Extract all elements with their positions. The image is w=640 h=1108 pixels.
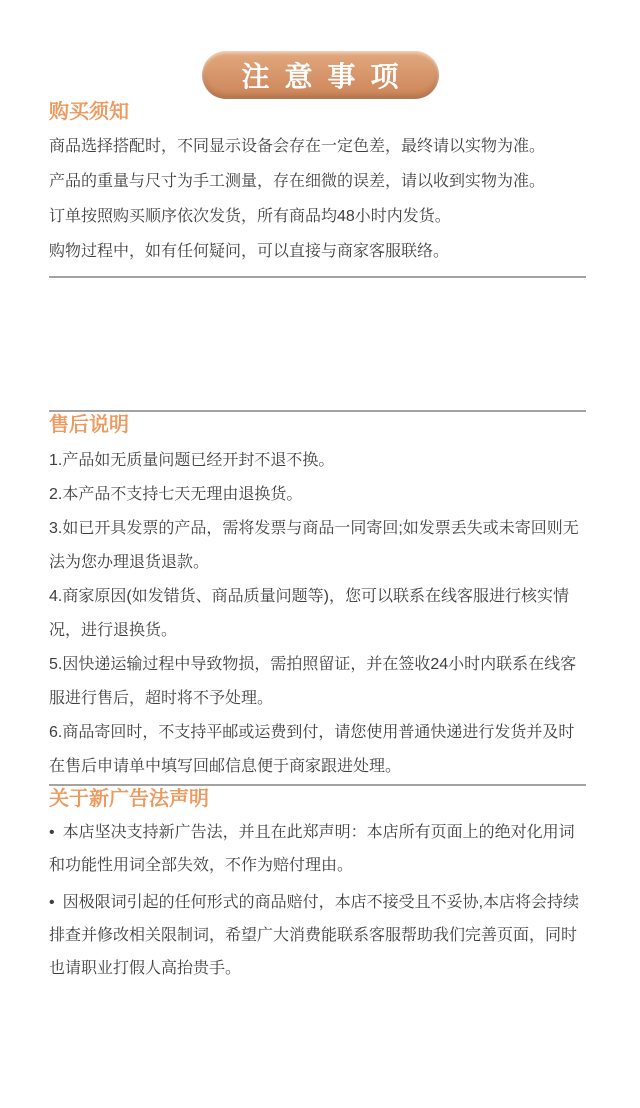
section-ad-law-statement: 关于新广告法声明 •本店坚决支持新广告法，并且在此郑声明：本店所有页面上的绝对化…: [49, 786, 586, 985]
after-sales-heading: 售后说明: [49, 412, 586, 438]
after-sales-item: 1.产品如无质量问题已经开封不退不换。: [49, 444, 586, 478]
section-after-sales: 售后说明 1.产品如无质量问题已经开封不退不换。 2.本产品不支持七天无理由退换…: [49, 412, 586, 784]
after-sales-item: 4.商家原因(如发错货、商品质量问题等)，您可以联系在线客服进行核实情况，进行退…: [49, 580, 586, 648]
ad-law-heading: 关于新广告法声明: [49, 786, 586, 812]
ad-law-item: •因极限词引起的任何形式的商品赔付，本店不接受且不妥协,本店将会持续排查并修改相…: [49, 886, 586, 985]
purchase-note-line: 产品的重量与尺寸为手工测量，存在细微的误差，请以收到实物为准。: [49, 164, 586, 199]
purchase-notes-heading: 购买须知: [49, 99, 586, 125]
blank-spacer: [49, 278, 586, 410]
purchase-note-line: 商品选择搭配时，不同显示设备会存在一定色差，最终请以实物为准。: [49, 129, 586, 164]
ad-law-item-text: 因极限词引起的任何形式的商品赔付，本店不接受且不妥协,本店将会持续排查并修改相关…: [49, 894, 579, 977]
ad-law-item: •本店坚决支持新广告法，并且在此郑声明：本店所有页面上的绝对化用词和功能性用词全…: [49, 816, 586, 882]
after-sales-item: 5.因快递运输过程中导致物损，需拍照留证，并在签收24小时内联系在线客服进行售后…: [49, 648, 586, 716]
notice-page: 注意事项 购买须知 商品选择搭配时，不同显示设备会存在一定色差，最终请以实物为准…: [0, 0, 640, 1108]
after-sales-item: 6.商品寄回时，不支持平邮或运费到付，请您使用普通快递进行发货并及时在售后申请单…: [49, 716, 586, 784]
ad-law-item-text: 本店坚决支持新广告法，并且在此郑声明：本店所有页面上的绝对化用词和功能性用词全部…: [49, 824, 575, 874]
section-purchase-notes: 购买须知 商品选择搭配时，不同显示设备会存在一定色差，最终请以实物为准。 产品的…: [49, 99, 586, 269]
after-sales-item: 2.本产品不支持七天无理由退换货。: [49, 478, 586, 512]
after-sales-item: 3.如已开具发票的产品，需将发票与商品一同寄回;如发票丢失或未寄回则无法为您办理…: [49, 512, 586, 580]
notice-title-badge: 注意事项: [202, 51, 439, 99]
bullet-marker: •: [49, 824, 55, 841]
purchase-note-line: 购物过程中，如有任何疑问，可以直接与商家客服联络。: [49, 234, 586, 269]
purchase-note-line: 订单按照购买顺序依次发货，所有商品均48小时内发货。: [49, 199, 586, 234]
bullet-marker: •: [49, 894, 55, 911]
notice-content: 购买须知 商品选择搭配时，不同显示设备会存在一定色差，最终请以实物为准。 产品的…: [0, 99, 640, 985]
